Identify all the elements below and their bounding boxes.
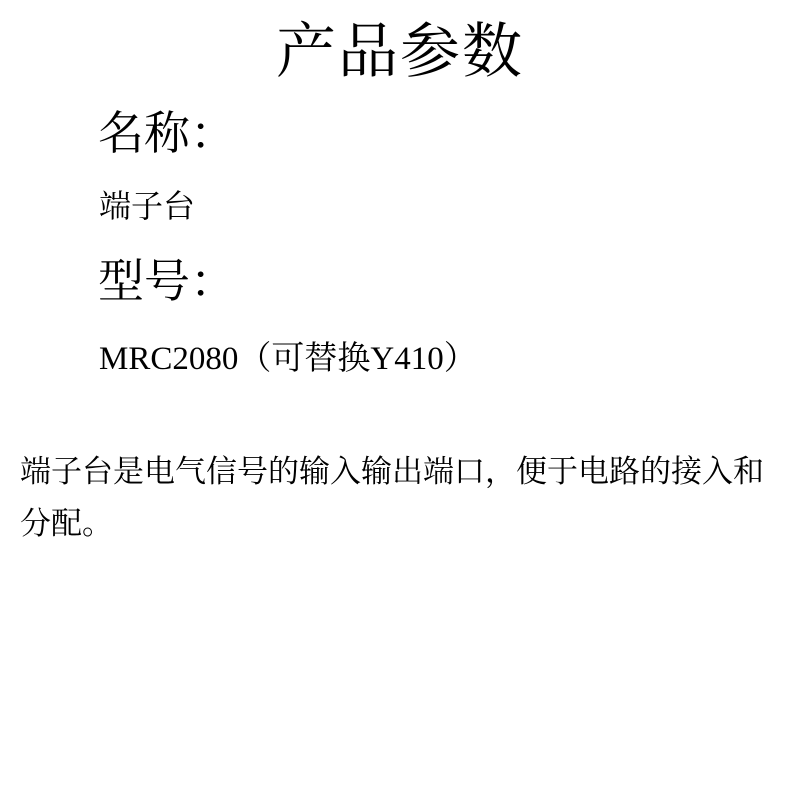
page-title: 产品参数 (0, 14, 800, 90)
name-field-label: 名称： (98, 108, 236, 160)
product-parameters-sheet: 产品参数 名称： 端子台 型号： MRC2080（可替换Y410） 端子台是电气… (0, 0, 800, 800)
product-description: 端子台是电气信号的输入输出端口，便于电路的接入和分配。 (20, 446, 782, 550)
model-field-value: MRC2080（可替换Y410） (99, 338, 477, 380)
name-field-value: 端子台 (99, 186, 195, 226)
model-field-label: 型号： (98, 256, 236, 308)
